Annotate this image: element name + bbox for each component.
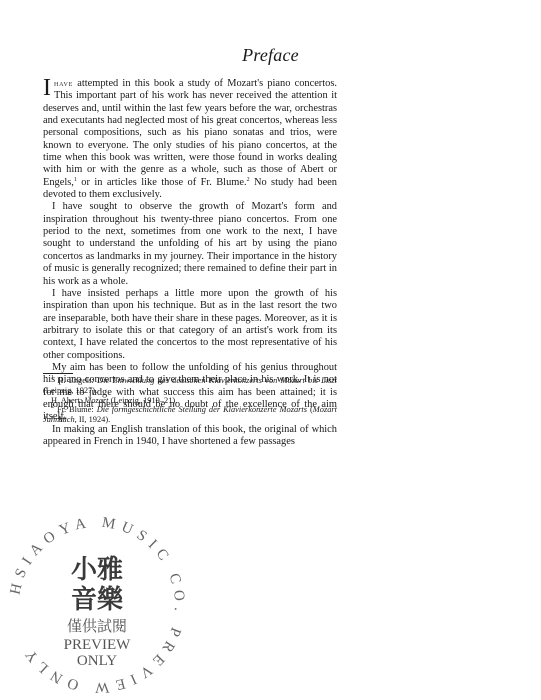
watermark-chinese-brand: 小雅 音樂 <box>7 555 187 615</box>
small-caps-lead: have <box>54 78 73 88</box>
preview-watermark: HSIAOYA MUSIC CO. PREVIEW ONLY 小雅 音樂 僅供試… <box>7 515 187 695</box>
paragraph-2: I have sought to observe the growth of M… <box>43 201 337 287</box>
footnotes: 1 H. Engels: Die Entwicklung des deutsch… <box>43 376 337 425</box>
watermark-chinese-preview: 僅供試閱 <box>7 615 187 636</box>
footnote-1b: H. Abert: Mozart (Leipzig, 1919–21). <box>43 396 337 406</box>
drop-cap: I <box>43 78 51 98</box>
paragraph-3: I have insisted perhaps a little more up… <box>43 288 337 362</box>
watermark-english-preview: PREVIEW ONLY <box>7 637 187 669</box>
footnote-1: 1 H. Engels: Die Entwicklung des deutsch… <box>43 376 337 396</box>
footnote-divider <box>43 373 73 374</box>
footnote-2: 2 Fr. Blume: Die formgeschichtliche Stel… <box>43 405 337 425</box>
page-title: Preface <box>0 45 541 66</box>
paragraph-5: In making an English translation of this… <box>43 424 337 449</box>
signature-mark: A* <box>57 415 67 424</box>
paragraph-1: Ihave attempted in this book a study of … <box>43 77 337 201</box>
